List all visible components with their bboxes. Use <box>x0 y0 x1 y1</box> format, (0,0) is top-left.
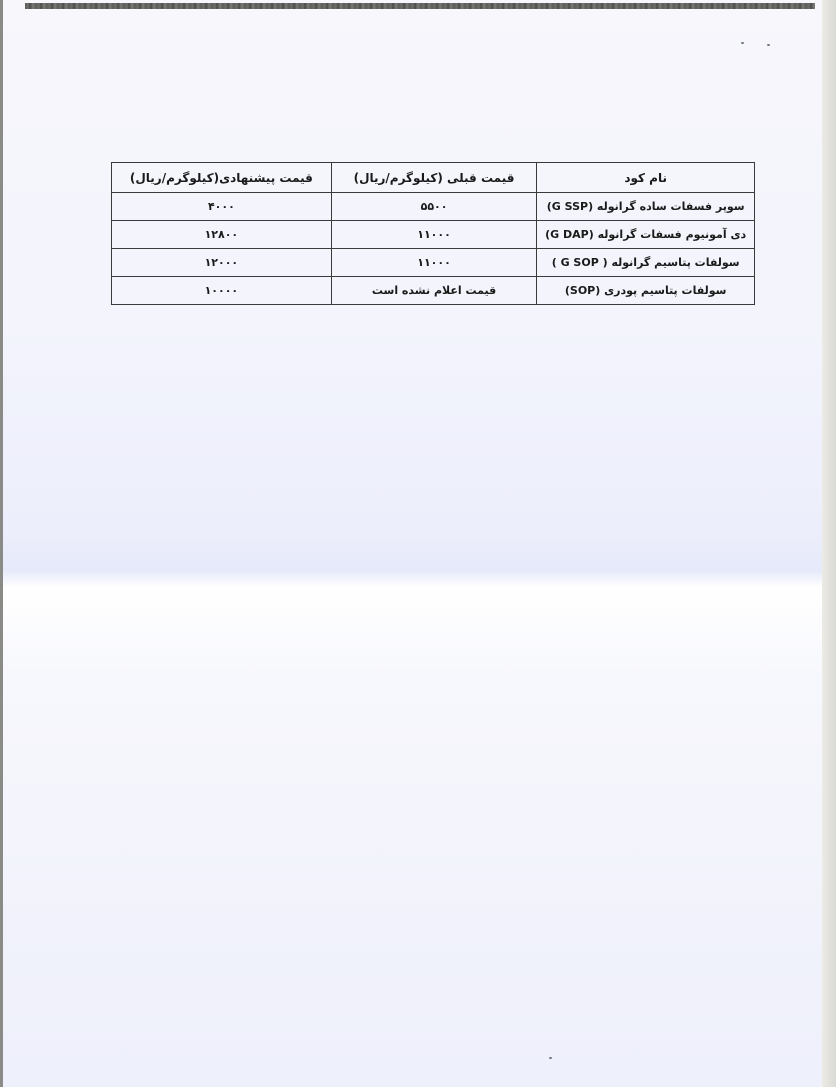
header-proposed-price: قیمت پیشنهادی(کیلوگرم/ریال) <box>112 163 332 193</box>
previous-price: قیمت اعلام نشده است <box>331 277 537 305</box>
fertilizer-name: سولفات پتاسیم پودری (SOP) <box>537 277 755 305</box>
header-fertilizer-name: نام کود <box>537 163 755 193</box>
previous-price: ۵۵۰۰ <box>331 193 537 221</box>
scanner-bed-edge <box>822 0 836 1087</box>
table-row: دی آمونیوم فسفات گرانوله (G DAP) ۱۱۰۰۰ ۱… <box>112 221 755 249</box>
header-previous-price: قیمت قبلی (کیلوگرم/ریال) <box>331 163 537 193</box>
proposed-price: ۱۰۰۰۰ <box>112 277 332 305</box>
table-row: سولفات پتاسیم پودری (SOP) قیمت اعلام نشد… <box>112 277 755 305</box>
fertilizer-name: سوپر فسفات ساده گرانوله (G SSP) <box>537 193 755 221</box>
fertilizer-name: سولفات پتاسیم گرانوله ( G SOP ) <box>537 249 755 277</box>
proposed-price: ۴۰۰۰ <box>112 193 332 221</box>
scan-edge-strip <box>25 3 815 9</box>
table-row: سوپر فسفات ساده گرانوله (G SSP) ۵۵۰۰ ۴۰۰… <box>112 193 755 221</box>
table-header-row: نام کود قیمت قبلی (کیلوگرم/ریال) قیمت پی… <box>112 163 755 193</box>
table-row: سولفات پتاسیم گرانوله ( G SOP ) ۱۱۰۰۰ ۱۲… <box>112 249 755 277</box>
scan-speck <box>549 1057 552 1059</box>
scan-speck <box>741 42 744 44</box>
previous-price: ۱۱۰۰۰ <box>331 249 537 277</box>
fertilizer-name: دی آمونیوم فسفات گرانوله (G DAP) <box>537 221 755 249</box>
proposed-price: ۱۲۸۰۰ <box>112 221 332 249</box>
previous-price: ۱۱۰۰۰ <box>331 221 537 249</box>
scanned-page: نام کود قیمت قبلی (کیلوگرم/ریال) قیمت پی… <box>0 0 825 1087</box>
scan-speck <box>767 44 770 46</box>
fertilizer-price-table: نام کود قیمت قبلی (کیلوگرم/ریال) قیمت پی… <box>111 162 755 305</box>
proposed-price: ۱۲۰۰۰ <box>112 249 332 277</box>
